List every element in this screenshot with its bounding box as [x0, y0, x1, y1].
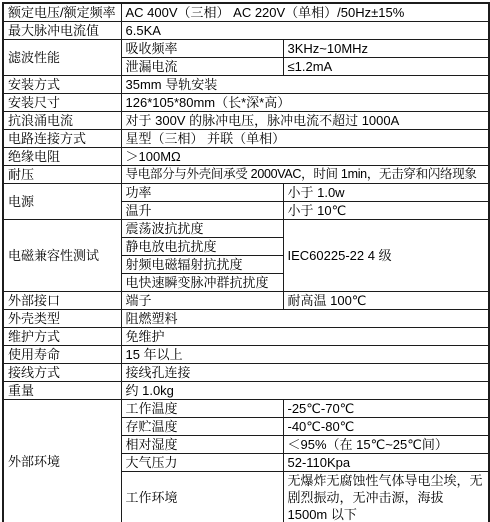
row-housing-type: 外壳类型 阻燃塑料	[3, 310, 489, 328]
row-external-interface: 外部接口 端子 耐高温 100℃	[3, 292, 489, 310]
spec-value-rated-voltage: AC 400V（三相） AC 220V（单相）/50Hz±15%	[121, 3, 489, 22]
spec-label-maintenance: 维护方式	[3, 328, 121, 346]
spec-value-circuit-connection: 星型（三相） 并联（单相）	[121, 130, 489, 148]
spec-label-mounting-method: 安装方式	[3, 76, 121, 94]
row-withstand-voltage: 耐压 导电部分与外壳间承受 2000VAC，时间 1min，无击穿和闪络现象	[3, 166, 489, 184]
spec-sublabel-wattage: 功率	[121, 184, 283, 202]
spec-value-humidity: ＜95%（在 15℃~25℃间）	[283, 436, 489, 454]
spec-sublabel-pressure: 大气压力	[121, 454, 283, 472]
row-maintenance: 维护方式 免维护	[3, 328, 489, 346]
spec-label-external-interface: 外部接口	[3, 292, 121, 310]
spec-value-mounting-method: 35mm 导轨安装	[121, 76, 489, 94]
spec-label-filter-performance: 滤波性能	[3, 40, 121, 76]
row-mounting-dimensions: 安装尺寸 126*105*80mm（长*深*高）	[3, 94, 489, 112]
row-filter-absorb-freq: 滤波性能 吸收频率 3KHz~10MHz	[3, 40, 489, 58]
row-emc-oscillation: 电磁兼容性测试 震荡波抗扰度 IEC60225-22 4 级	[3, 220, 489, 238]
spec-table: 额定电压/额定频率 AC 400V（三相） AC 220V（单相）/50Hz±1…	[2, 2, 490, 522]
spec-value-absorb-freq: 3KHz~10MHz	[283, 40, 489, 58]
spec-label-rated-voltage: 额定电压/额定频率	[3, 3, 121, 22]
spec-value-wattage: 小于 1.0w	[283, 184, 489, 202]
spec-sublabel-absorb-freq: 吸收频率	[121, 40, 283, 58]
row-max-pulse-current: 最大脉冲电流值 6.5KA	[3, 22, 489, 40]
row-weight: 重量 约 1.0kg	[3, 382, 489, 400]
row-power-wattage: 电源 功率 小于 1.0w	[3, 184, 489, 202]
row-insulation-resistance: 绝缘电阻 ＞100MΩ	[3, 148, 489, 166]
spec-label-insulation-resistance: 绝缘电阻	[3, 148, 121, 166]
spec-value-pressure: 52-110Kpa	[283, 454, 489, 472]
spec-label-surge-current: 抗浪涌电流	[3, 112, 121, 130]
row-env-working-temp: 外部环境 工作温度 -25℃-70℃	[3, 400, 489, 418]
spec-value-temp-rise: 小于 10℃	[283, 202, 489, 220]
row-rated-voltage: 额定电压/额定频率 AC 400V（三相） AC 220V（单相）/50Hz±1…	[3, 3, 489, 22]
spec-value-wiring-method: 接线孔连接	[121, 364, 489, 382]
spec-label-withstand-voltage: 耐压	[3, 166, 121, 184]
spec-label-wiring-method: 接线方式	[3, 364, 121, 382]
spec-label-max-pulse-current: 最大脉冲电流值	[3, 22, 121, 40]
spec-value-maintenance: 免维护	[121, 328, 489, 346]
spec-label-circuit-connection: 电路连接方式	[3, 130, 121, 148]
row-mounting-method: 安装方式 35mm 导轨安装	[3, 76, 489, 94]
row-lifespan: 使用寿命 15 年以上	[3, 346, 489, 364]
spec-label-emc-test: 电磁兼容性测试	[3, 220, 121, 292]
spec-value-lifespan: 15 年以上	[121, 346, 489, 364]
spec-sublabel-terminal: 端子	[121, 292, 283, 310]
spec-sublabel-working-env: 工作环境	[121, 472, 283, 522]
spec-value-withstand-voltage: 导电部分与外壳间承受 2000VAC，时间 1min，无击穿和闪络现象	[121, 166, 489, 184]
spec-value-weight: 约 1.0kg	[121, 382, 489, 400]
spec-label-lifespan: 使用寿命	[3, 346, 121, 364]
spec-sublabel-temp-rise: 温升	[121, 202, 283, 220]
spec-value-leakage-current: ≤1.2mA	[283, 58, 489, 76]
spec-sublabel-emc-esd: 静电放电抗扰度	[121, 238, 283, 256]
row-wiring-method: 接线方式 接线孔连接	[3, 364, 489, 382]
spec-sublabel-emc-rf-radiation: 射频电磁辐射抗扰度	[121, 256, 283, 274]
spec-sublabel-humidity: 相对湿度	[121, 436, 283, 454]
spec-value-working-env: 无爆炸无腐蚀性气体导电尘埃，无剧烈振动，无冲击源，海拔 1500m 以下	[283, 472, 489, 522]
row-surge-current: 抗浪涌电流 对于 300V 的脉冲电压，脉冲电流不超过 1000A	[3, 112, 489, 130]
spec-sublabel-working-temp: 工作温度	[121, 400, 283, 418]
spec-value-mounting-dimensions: 126*105*80mm（长*深*高）	[121, 94, 489, 112]
spec-label-weight: 重量	[3, 382, 121, 400]
spec-label-environment: 外部环境	[3, 400, 121, 522]
spec-value-surge-current: 对于 300V 的脉冲电压，脉冲电流不超过 1000A	[121, 112, 489, 130]
spec-label-mounting-dimensions: 安装尺寸	[3, 94, 121, 112]
spec-sublabel-storage-temp: 存贮温度	[121, 418, 283, 436]
spec-value-storage-temp: -40℃-80℃	[283, 418, 489, 436]
spec-value-insulation-resistance: ＞100MΩ	[121, 148, 489, 166]
spec-value-housing-type: 阻燃塑料	[121, 310, 489, 328]
spec-value-working-temp: -25℃-70℃	[283, 400, 489, 418]
spec-label-power-supply: 电源	[3, 184, 121, 220]
spec-sublabel-leakage-current: 泄漏电流	[121, 58, 283, 76]
spec-value-max-pulse-current: 6.5KA	[121, 22, 489, 40]
row-circuit-connection: 电路连接方式 星型（三相） 并联（单相）	[3, 130, 489, 148]
spec-value-emc-standard: IEC60225-22 4 级	[283, 220, 489, 292]
spec-sublabel-emc-oscillation: 震荡波抗扰度	[121, 220, 283, 238]
spec-label-housing-type: 外壳类型	[3, 310, 121, 328]
spec-sublabel-emc-eft-burst: 电快速瞬变脉冲群抗扰度	[121, 274, 283, 292]
spec-value-terminal: 耐高温 100℃	[283, 292, 489, 310]
